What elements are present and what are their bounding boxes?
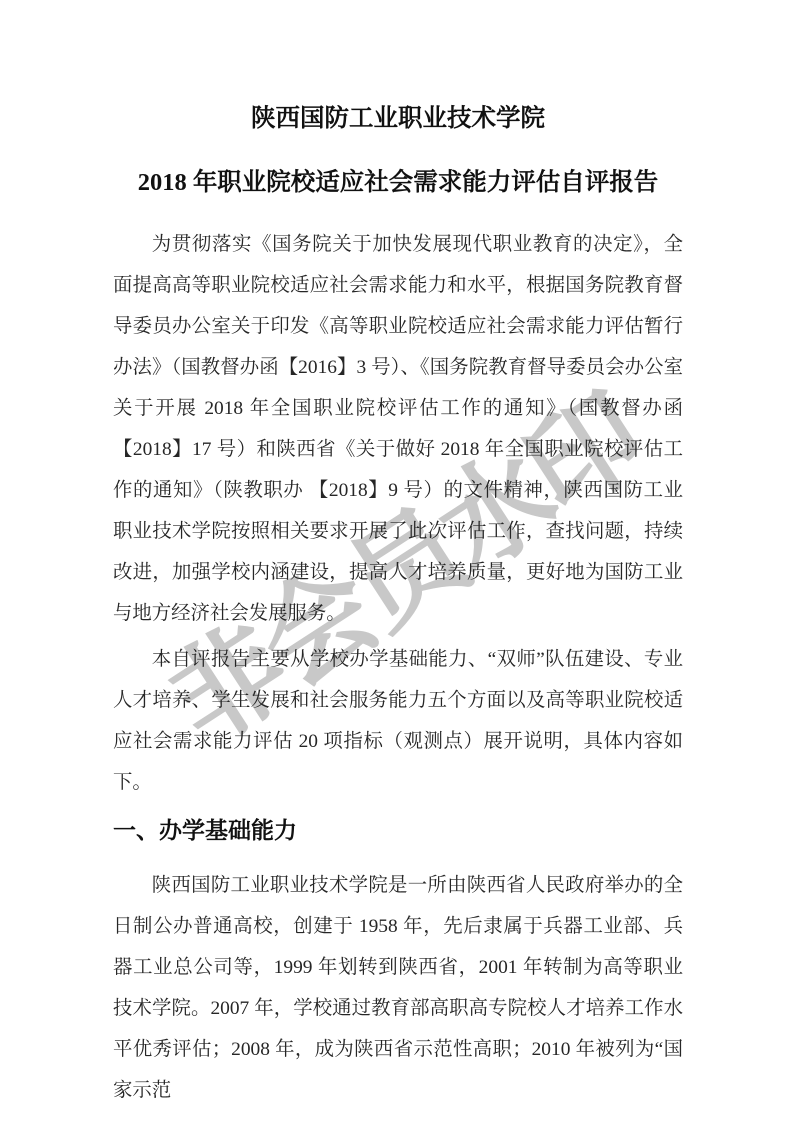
section-heading: 一、办学基础能力 xyxy=(113,815,683,847)
document-subtitle: 2018 年职业院校适应社会需求能力评估自评报告 xyxy=(113,166,683,200)
document-page: 非会员水印 陕西国防工业职业技术学院 2018 年职业院校适应社会需求能力评估自… xyxy=(0,0,793,1122)
intro-paragraph-2: 本自评报告主要从学校办学基础能力、“双师”队伍建设、专业人才培养、学生发展和社会… xyxy=(113,639,683,803)
page-content: 陕西国防工业职业技术学院 2018 年职业院校适应社会需求能力评估自评报告 为贯… xyxy=(0,0,793,1111)
section-paragraph: 陕西国防工业职业技术学院是一所由陕西省人民政府举办的全日制公办普通高校，创建于 … xyxy=(113,865,683,1111)
intro-paragraph-1: 为贯彻落实《国务院关于加快发展现代职业教育的决定》，全面提高高等职业院校适应社会… xyxy=(113,224,683,634)
document-title: 陕西国防工业职业技术学院 xyxy=(113,102,683,136)
